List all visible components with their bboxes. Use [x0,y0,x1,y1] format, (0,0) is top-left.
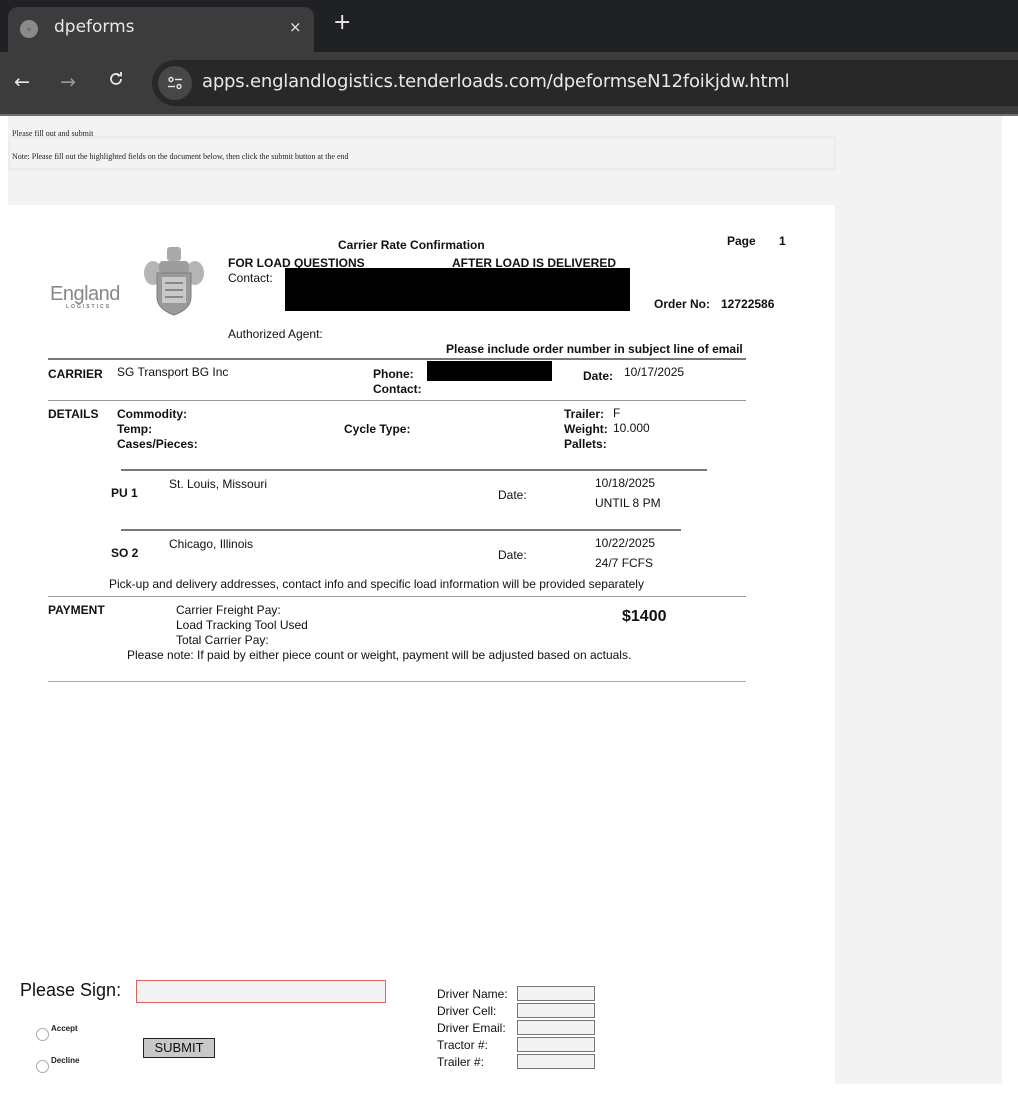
total-pay-amount: $1400 [622,608,667,626]
stop-date: 10/22/2025 [595,536,655,550]
trailer-value: F [613,406,620,420]
close-tab-icon[interactable]: × [289,18,302,36]
contact-label: Contact: [228,271,273,285]
decline-label: Decline [51,1056,79,1065]
payment-section-label: PAYMENT [48,603,105,617]
cycle-type-label: Cycle Type: [344,422,410,436]
tracking-tool-label: Load Tracking Tool Used [176,618,308,632]
stop-divider [121,469,707,471]
stop-time: UNTIL 8 PM [595,496,661,510]
stop-code: SO 2 [111,546,138,560]
page-number: 1 [779,234,786,248]
carrier-date: 10/17/2025 [624,365,684,379]
decline-radio-circle[interactable] [36,1060,49,1073]
globe-icon: ◦ [20,20,38,38]
tractor-label: Tractor #: [437,1038,488,1052]
stop-location: Chicago, Illinois [169,537,253,551]
divider-line [48,596,746,597]
carrier-section-label: CARRIER [48,367,103,381]
carrier-phone-label: Phone: [373,367,414,381]
pallets-label: Pallets: [564,437,607,451]
driver-email-input[interactable] [517,1020,595,1035]
divider-line [48,681,746,682]
submit-button[interactable]: SUBMIT [143,1038,215,1058]
url-text[interactable]: apps.englandlogistics.tenderloads.com/dp… [202,71,789,92]
stop-location: St. Louis, Missouri [169,477,267,491]
carrier-date-label: Date: [583,369,613,383]
notice-box: Note: Please fill out the highlighted fi… [8,136,836,170]
rate-confirmation-document: England LOGISTICS Carrier Rate Confirmat… [8,205,835,960]
trailer-number-label: Trailer #: [437,1055,484,1069]
reload-icon[interactable] [107,70,125,94]
total-pay-label: Total Carrier Pay: [176,633,269,647]
decline-radio[interactable]: Decline [36,1056,79,1073]
order-number-label: Order No: [654,297,710,311]
browser-tab[interactable]: ◦ dpeforms × [8,7,314,52]
sign-label: Please Sign: [20,980,121,1001]
carrier-contact-label: Contact: [373,382,422,396]
document-title: Carrier Rate Confirmation [338,238,485,252]
page-label: Page [727,234,756,248]
cases-pieces-label: Cases/Pieces: [117,437,198,451]
commodity-label: Commodity: [117,407,187,421]
trailer-number-input[interactable] [517,1054,595,1069]
back-arrow-icon[interactable]: ← [14,70,30,94]
accept-radio-circle[interactable] [36,1028,49,1041]
temp-label: Temp: [117,422,152,436]
authorized-agent-label: Authorized Agent: [228,327,323,341]
address-bar[interactable]: apps.englandlogistics.tenderloads.com/dp… [152,60,1018,106]
accept-radio[interactable]: Accept [36,1024,78,1041]
stop-time: 24/7 FCFS [595,556,653,570]
freight-pay-label: Carrier Freight Pay: [176,603,281,617]
driver-email-label: Driver Email: [437,1021,506,1035]
driver-name-label: Driver Name: [437,987,508,1001]
stop-date-label: Date: [498,488,527,502]
divider-line [48,358,746,360]
stop-date-label: Date: [498,548,527,562]
crest-logo-icon [141,245,207,317]
signature-input[interactable] [136,980,386,1003]
driver-cell-input[interactable] [517,1003,595,1018]
divider-line [48,400,746,401]
new-tab-icon[interactable]: + [333,12,351,34]
redacted-contact-info [285,268,630,311]
redacted-phone [427,361,552,381]
browser-toolbar: ← → apps.englandlogistics.tenderloads.co… [0,52,1018,114]
forward-arrow-icon[interactable]: → [60,70,76,94]
address-note: Pick-up and delivery addresses, contact … [109,577,644,591]
weight-label: Weight: [564,422,608,436]
details-section-label: DETAILS [48,407,98,421]
tractor-input[interactable] [517,1037,595,1052]
email-subject-note: Please include order number in subject l… [446,342,743,356]
carrier-name: SG Transport BG Inc [117,365,228,379]
logo-wordmark: England [50,283,120,306]
stop-code: PU 1 [111,486,138,500]
browser-tab-bar: ◦ dpeforms × + [0,0,1018,52]
trailer-label: Trailer: [564,407,604,421]
payment-note: Please note: If paid by either piece cou… [127,648,631,662]
driver-cell-label: Driver Cell: [437,1004,496,1018]
tab-title: dpeforms [54,17,135,37]
logo-subtext: LOGISTICS [66,304,111,310]
accept-label: Accept [51,1024,78,1033]
driver-name-input[interactable] [517,986,595,1001]
stop-date: 10/18/2025 [595,476,655,490]
order-number: 12722586 [721,297,774,311]
site-info-icon[interactable] [158,66,192,100]
stop-divider [121,529,681,531]
weight-value: 10.000 [613,421,650,435]
signature-form: Please Sign: Accept Decline SUBMIT Drive… [8,960,835,1084]
notice-text: Note: Please fill out the highlighted fi… [12,152,349,161]
